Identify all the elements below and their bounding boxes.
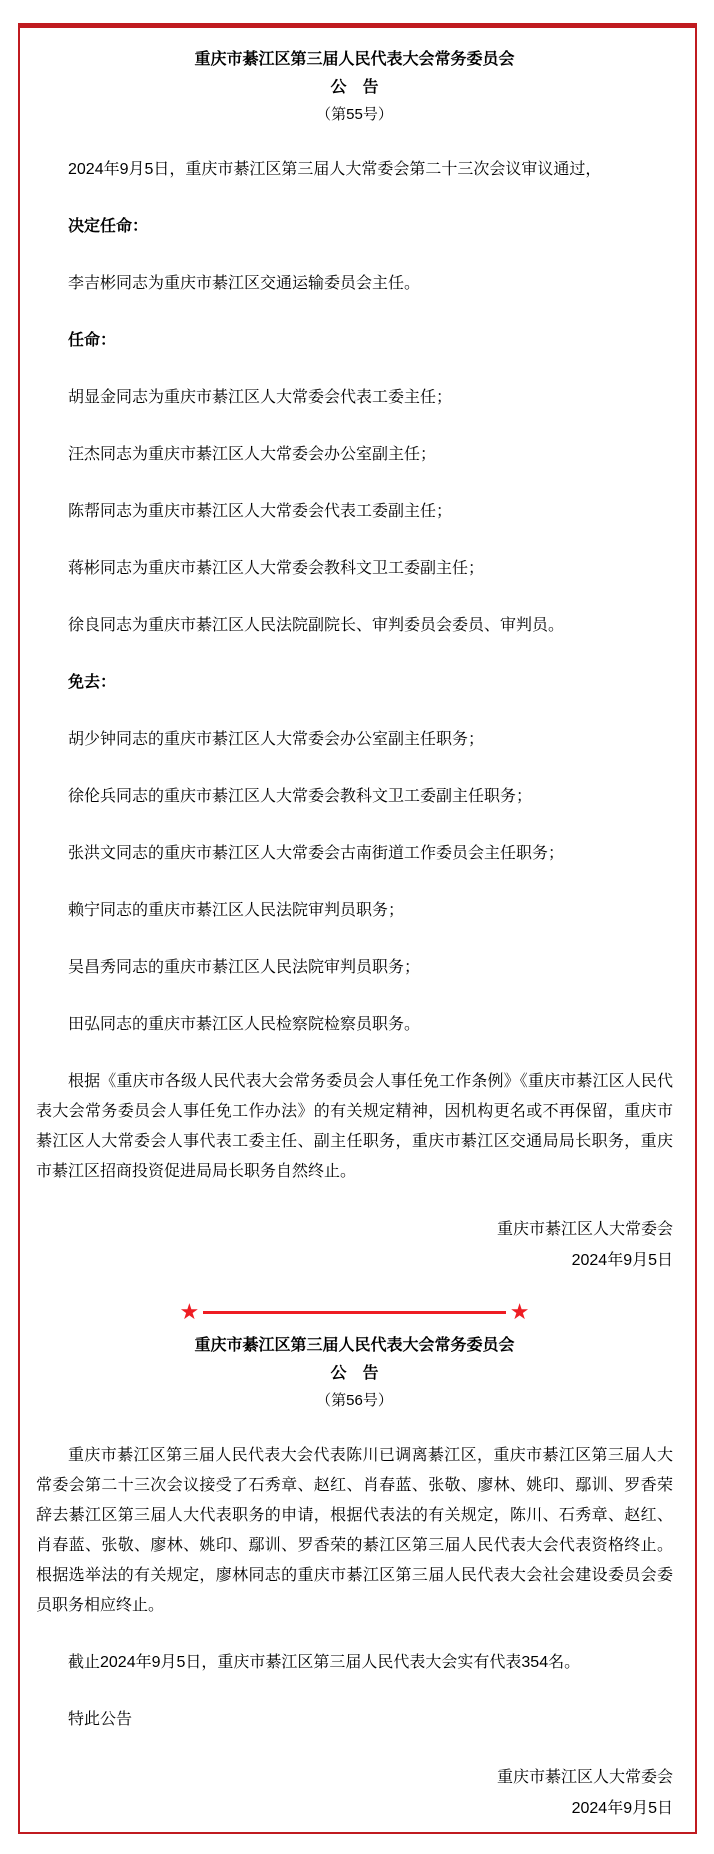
- signature-block: 重庆市綦江区人大常委会 2024年9月5日: [36, 1762, 673, 1824]
- appointment-item: 胡显金同志为重庆市綦江区人大常委会代表工委主任；: [36, 383, 673, 413]
- notice-title: 公 告: [36, 74, 673, 102]
- notice-title: 公 告: [36, 1360, 673, 1388]
- appointment-item: 李吉彬同志为重庆市綦江区交通运输委员会主任。: [36, 269, 673, 299]
- appointment-item: 汪杰同志为重庆市綦江区人大常委会办公室副主任；: [36, 440, 673, 470]
- decide-appoint-label: 决定任命：: [36, 212, 673, 242]
- appointment-item: 陈帮同志为重庆市綦江区人大常委会代表工委副主任；: [36, 497, 673, 527]
- removal-item: 张洪文同志的重庆市綦江区人大常委会古南街道工作委员会主任职务；: [36, 839, 673, 869]
- removal-item: 胡少钟同志的重庆市綦江区人大常委会办公室副主任职务；: [36, 725, 673, 755]
- delegate-count-paragraph: 截止2024年9月5日，重庆市綦江区第三届人民代表大会实有代表354名。: [36, 1648, 673, 1678]
- removal-item: 田弘同志的重庆市綦江区人民检察院检察员职务。: [36, 1010, 673, 1040]
- removal-item: 赖宁同志的重庆市綦江区人民法院审判员职务；: [36, 896, 673, 926]
- appointment-item: 蒋彬同志为重庆市綦江区人大常委会教科文卫工委副主任；: [36, 554, 673, 584]
- intro-paragraph: 2024年9月5日，重庆市綦江区第三届人大常委会第二十三次会议审议通过，: [36, 155, 673, 185]
- star-divider: ★ ★: [180, 1298, 530, 1326]
- appoint-label: 任命：: [36, 326, 673, 356]
- notice-number: （第56号）: [36, 1388, 673, 1414]
- removal-item: 徐伦兵同志的重庆市綦江区人大常委会教科文卫工委副主任职务；: [36, 782, 673, 812]
- signature-org: 重庆市綦江区人大常委会: [36, 1214, 673, 1245]
- legal-basis-paragraph: 根据《重庆市各级人民代表大会常务委员会人事任免工作条例》《重庆市綦江区人民代表大…: [36, 1067, 673, 1187]
- closing-paragraph: 特此公告: [36, 1705, 673, 1735]
- resignation-paragraph: 重庆市綦江区第三届人民代表大会代表陈川已调离綦江区，重庆市綦江区第三届人大常委会…: [36, 1441, 673, 1621]
- notice-number: （第55号）: [36, 102, 673, 128]
- announcement-55: 重庆市綦江区第三届人民代表大会常务委员会 公 告 （第55号） 2024年9月5…: [36, 46, 673, 1276]
- removal-item: 吴昌秀同志的重庆市綦江区人民法院审判员职务；: [36, 953, 673, 983]
- signature-date: 2024年9月5日: [36, 1245, 673, 1276]
- signature-block: 重庆市綦江区人大常委会 2024年9月5日: [36, 1214, 673, 1276]
- announcement-56: 重庆市綦江区第三届人民代表大会常务委员会 公 告 （第56号） 重庆市綦江区第三…: [36, 1332, 673, 1824]
- star-icon: ★: [510, 1301, 530, 1323]
- signature-org: 重庆市綦江区人大常委会: [36, 1762, 673, 1793]
- announcement-56-header: 重庆市綦江区第三届人民代表大会常务委员会 公 告 （第56号）: [36, 1332, 673, 1414]
- announcement-55-header: 重庆市綦江区第三届人民代表大会常务委员会 公 告 （第55号）: [36, 46, 673, 128]
- star-icon: ★: [180, 1301, 200, 1323]
- divider-line: [203, 1311, 506, 1314]
- appointment-item: 徐良同志为重庆市綦江区人民法院副院长、审判委员会委员、审判员。: [36, 611, 673, 641]
- signature-date: 2024年9月5日: [36, 1793, 673, 1824]
- org-title: 重庆市綦江区第三届人民代表大会常务委员会: [36, 1332, 673, 1360]
- document-frame: 重庆市綦江区第三届人民代表大会常务委员会 公 告 （第55号） 2024年9月5…: [18, 23, 697, 1834]
- org-title: 重庆市綦江区第三届人民代表大会常务委员会: [36, 46, 673, 74]
- remove-label: 免去：: [36, 668, 673, 698]
